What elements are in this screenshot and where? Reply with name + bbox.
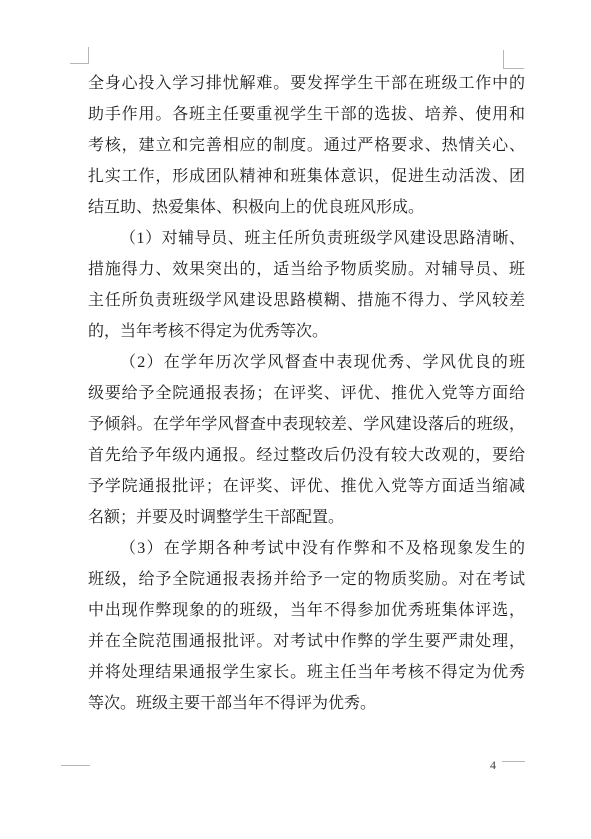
paragraph: （1）对辅导员、班主任所负责班级学风建设思路清晰、 措施得力、效果突出的，适当给… [88, 223, 525, 347]
text-line: 全身心投入学习排忧解难。要发挥学生干部在班级工作中的 [88, 68, 525, 99]
text-line: 措施得力、效果突出的，适当给予物质奖励。对辅导员、班 [88, 254, 525, 285]
text-line: 中出现作弊现象的的班级，当年不得参加优秀班集体评选， [88, 595, 525, 626]
paragraph: （2）在学年历次学风督查中表现优秀、学风优良的班 级要给予全院通报表扬；在评奖、… [88, 347, 525, 533]
text-line: （1）对辅导员、班主任所负责班级学风建设思路清晰、 [88, 223, 525, 254]
text-boundary-mark-bottom-right-icon [502, 761, 525, 762]
page-number: 4 [490, 758, 496, 772]
text-line: （2）在学年历次学风督查中表现优秀、学风优良的班 [88, 347, 525, 378]
text-line: 并将处理结果通报学生家长。班主任当年考核不得定为优秀 [88, 657, 525, 688]
paragraph: （3）在学期各种考试中没有作弊和不及格现象发生的 班级，给予全院通报表扬并给予一… [88, 533, 525, 719]
text-line: 级要给予全院通报表扬；在评奖、评优、推优入党等方面给 [88, 378, 525, 409]
text-line: 班级，给予全院通报表扬并给予一定的物质奖励。对在考试 [88, 564, 525, 595]
paragraph: 全身心投入学习排忧解难。要发挥学生干部在班级工作中的 助手作用。各班主任要重视学… [88, 68, 525, 223]
text-line: 助手作用。各班主任要重视学生干部的选拔、培养、使用和 [88, 99, 525, 130]
text-line: （3）在学期各种考试中没有作弊和不及格现象发生的 [88, 533, 525, 564]
text-line: 的，当年考核不得定为优秀等次。 [88, 316, 525, 347]
document-body: 全身心投入学习排忧解难。要发挥学生干部在班级工作中的 助手作用。各班主任要重视学… [88, 68, 525, 719]
text-line: 首先给予年级内通报。经过整改后仍没有较大改观的，要给 [88, 440, 525, 471]
text-line: 扎实工作，形成团队精神和班集体意识，促进生动活泼、团 [88, 161, 525, 192]
document-page: 全身心投入学习排忧解难。要发挥学生干部在班级工作中的 助手作用。各班主任要重视学… [0, 0, 591, 839]
text-line: 主任所负责班级学风建设思路模糊、措施不得力、学风较差 [88, 285, 525, 316]
text-boundary-mark-top-left-icon [70, 47, 89, 64]
text-line: 予学院通报批评；在评奖、评优、推优入党等方面适当缩减 [88, 471, 525, 502]
text-line: 名额；并要及时调整学生干部配置。 [88, 502, 525, 533]
text-line: 考核，建立和完善相应的制度。通过严格要求、热情关心、 [88, 130, 525, 161]
text-line: 并在全院范围通报批评。对考试中作弊的学生要严肃处理， [88, 626, 525, 657]
text-line: 结互助、热爱集体、积极向上的优良班风形成。 [88, 192, 525, 223]
text-boundary-mark-bottom-left-icon [61, 765, 90, 766]
text-line: 等次。班级主要干部当年不得评为优秀。 [88, 688, 525, 719]
text-line: 予倾斜。在学年学风督查中表现较差、学风建设落后的班级， [88, 409, 525, 440]
text-boundary-mark-top-right-icon [503, 50, 524, 69]
